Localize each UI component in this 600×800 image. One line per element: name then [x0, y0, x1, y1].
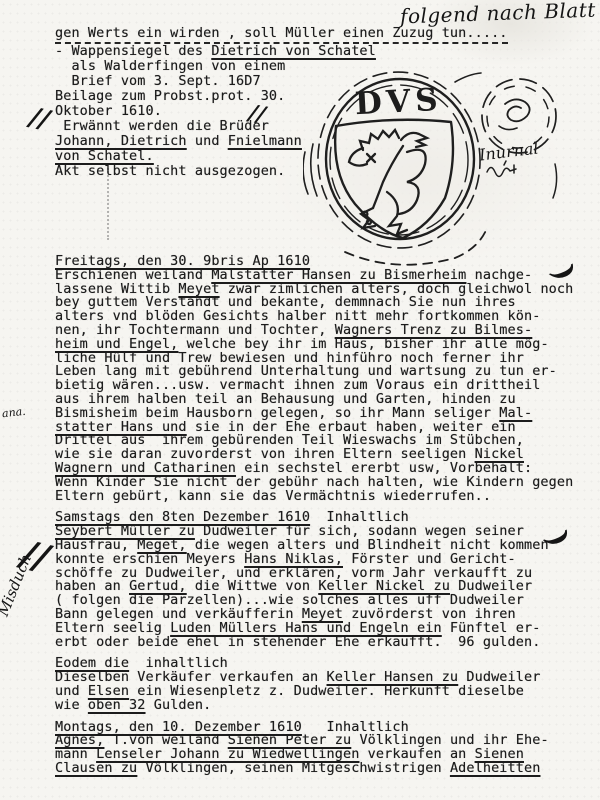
text-segment: Akt selbst nicht ausgezogen. — [55, 163, 285, 179]
underlined-text: oben 32 — [88, 697, 146, 713]
underlined-text: Johann, Dietrich — [55, 133, 187, 149]
document-section: Samstags den 8ten Dezember 1610 Inhaltli… — [55, 511, 595, 649]
text-segment: gen Werts ein wirden , soll Müller einen… — [55, 25, 508, 41]
text-segment: als Walderfingen von einem — [55, 58, 285, 74]
text-segment: wie — [55, 697, 88, 713]
text-segment: Oktober 1610. — [55, 103, 162, 119]
lion-icon — [349, 130, 427, 234]
text-segment: Völklingen, seinen Mitgeschwistrigen — [137, 760, 450, 776]
handwritten-scribble — [487, 161, 516, 177]
text-segment: Eltern gebürt, kann sie das Vermächtnis … — [55, 488, 491, 504]
handwritten-note-margin-small: ana. — [1, 405, 26, 420]
document-section: Freitags, den 30. 9bris Ap 1610Erschiene… — [55, 255, 595, 503]
seal-sketch: DVS — [303, 56, 595, 276]
main-text: Freitags, den 30. 9bris Ap 1610Erschiene… — [55, 255, 595, 776]
text-segment: Gulden. — [146, 697, 212, 713]
sketch-stroke — [455, 73, 481, 82]
underlined-text: Clausen zu — [55, 760, 137, 776]
seal-monogram: DVS — [354, 82, 444, 123]
text-segment: und — [187, 133, 228, 149]
text-segment: Brief vom 3. Sept. 16D7 — [55, 73, 261, 89]
text-segment: Beilage zum Probst.prot. 30. — [55, 88, 285, 104]
text-line: Clausen zu Völklingen, seinen Mitgeschwi… — [55, 762, 595, 776]
text-line: wie oben 32 Gulden. — [55, 699, 595, 713]
text-segment: Erwännt werden die Brüder — [55, 118, 269, 134]
document-section: Montags, den 10. Dezember 1610 Inhaltlic… — [55, 721, 595, 776]
text-line: erbt oder beide ehel in stehender Ehe er… — [55, 636, 595, 650]
underlined-text: Adelheitten — [450, 760, 541, 776]
small-seal-sketch — [482, 79, 556, 153]
dash-underlined-line: gen Werts ein wirden , soll Müller einen… — [55, 26, 508, 44]
sketch-stroke — [303, 144, 317, 196]
handwritten-slash-mark: // — [27, 102, 52, 135]
text-segment: erbt oder beide ehel in stehender Ehe er… — [55, 634, 540, 650]
text-line: gen Werts ein wirden , soll Müller einen… — [55, 26, 508, 44]
text-line: Eltern gebürt, kann sie das Vermächtnis … — [55, 490, 595, 504]
text-segment: - Wappensiegel des — [55, 43, 211, 59]
underlined-text: Fnielmann — [228, 133, 302, 149]
handwritten-slash-mark: // — [17, 532, 53, 579]
document-section: Eodem die inhaltlichDieselben Verkäufer … — [55, 657, 595, 712]
sketch-stroke — [553, 164, 557, 198]
underlined-text: von Schatel. — [55, 148, 154, 164]
scanned-document-page: { "colors": { "ink": "#1c1c1c", "paper":… — [0, 0, 600, 800]
